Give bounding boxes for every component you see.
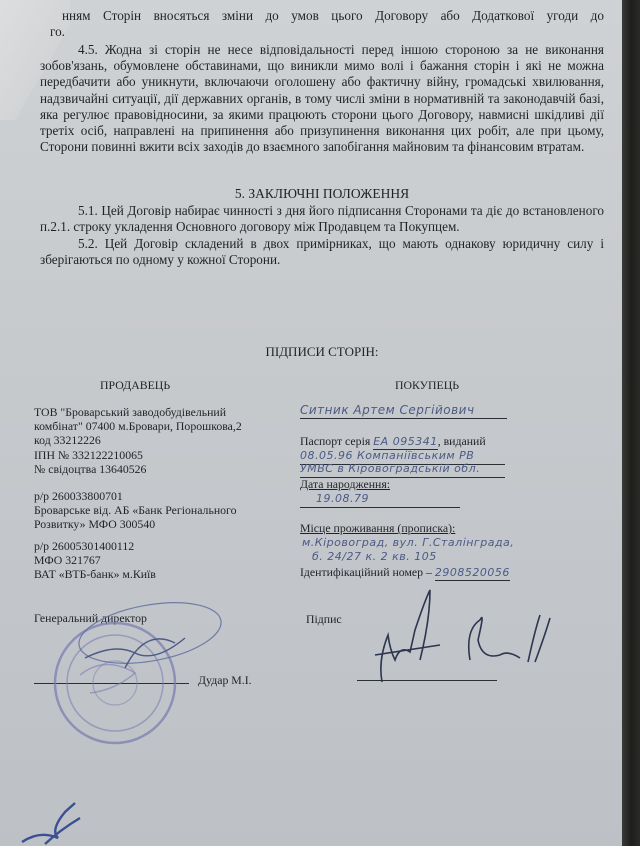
passport-label: Паспорт серія xyxy=(300,434,370,448)
clause-4-4-line1: нням Сторін вносяться зміни до умов цьог… xyxy=(62,8,604,24)
signatures-title: ПІДПИСИ СТОРІН: xyxy=(40,344,604,360)
seller-details: ТОВ "Броварський заводобудівельний комбі… xyxy=(34,405,294,476)
seller-heading: ПРОДАВЕЦЬ xyxy=(100,378,170,392)
clause-5-2-text: 5.2. Цей Договір складений в двох примір… xyxy=(40,236,604,268)
seller-line: № свідоцтва 13640526 xyxy=(34,462,294,476)
clause-4-4-tail: нням Сторін вносяться зміни до умов цьог… xyxy=(62,8,604,40)
seller-bank-line: Розвитку» МФО 300540 xyxy=(34,517,294,531)
issued-line2: УМВС в Кіровоградській обл. xyxy=(300,461,510,478)
buyer-id: Ідентифікаційний номер – 2908520056 xyxy=(300,565,610,581)
buyer-heading: ПОКУПЕЦЬ xyxy=(395,378,459,392)
document-page: нням Сторін вносяться зміни до умов цьог… xyxy=(0,0,622,846)
buyer-full-name-value: Ситник Артем Сергійович xyxy=(300,402,507,419)
seller-bank-line: МФО 321767 xyxy=(34,553,294,567)
clause-5-2: 5.2. Цей Договір складений в двох примір… xyxy=(40,236,604,268)
clause-4-4-line2: го. xyxy=(50,24,604,40)
seller-bank-line: ВАТ «ВТБ-банк» м.Київ xyxy=(34,567,294,581)
clause-4-5: 4.5. Жодна зі сторін не несе відповідаль… xyxy=(40,42,604,155)
background-edge xyxy=(622,0,640,846)
seller-line: комбінат" 07400 м.Бровари, Порошкова,2 xyxy=(34,419,294,433)
dob-field: 19.08.79 xyxy=(300,491,465,508)
seller-bank-1: р/р 260033800701 Броварське від. АБ «Бан… xyxy=(34,489,294,532)
buyer-full-name: Ситник Артем Сергійович xyxy=(300,402,510,419)
seller-line: ТОВ "Броварський заводобудівельний xyxy=(34,405,294,419)
clause-4-5-text: 4.5. Жодна зі сторін не несе відповідаль… xyxy=(40,42,604,155)
clause-5-1: 5.1. Цей Договір набирає чинності з дня … xyxy=(40,203,604,235)
buyer-signature-icon xyxy=(370,590,560,685)
dob-label: Дата народження: xyxy=(300,477,390,491)
seller-bank-2: р/р 26005301400112 МФО 321767 ВАТ «ВТБ-б… xyxy=(34,539,294,582)
initials-signature-icon xyxy=(20,800,90,846)
issued-label: , виданий xyxy=(438,434,486,448)
clause-5-1-text: 5.1. Цей Договір набирає чинності з дня … xyxy=(40,203,604,235)
id-label: Ідентифікаційний номер – xyxy=(300,565,432,579)
section-5-title: 5. ЗАКЛЮЧНІ ПОЛОЖЕННЯ xyxy=(40,186,604,202)
dob-value: 19.08.79 xyxy=(300,491,460,508)
seller-line: ІПН № 332122210065 xyxy=(34,448,294,462)
seller-bank-line: р/р 260033800701 xyxy=(34,489,294,503)
seller-bank-line: р/р 26005301400112 xyxy=(34,539,294,553)
seller-bank-line: Броварське від. АБ «Банк Регіонального xyxy=(34,503,294,517)
id-value: 2908520056 xyxy=(435,566,510,581)
residence-line2: б. 24/27 к. 2 кв. 105 xyxy=(312,549,542,565)
buyer-signature-label: Підпис xyxy=(306,612,342,626)
seller-line: код 33212226 xyxy=(34,433,294,447)
residence-label: Місце проживання (прописка): xyxy=(300,521,455,535)
seller-signature-icon xyxy=(75,598,225,688)
